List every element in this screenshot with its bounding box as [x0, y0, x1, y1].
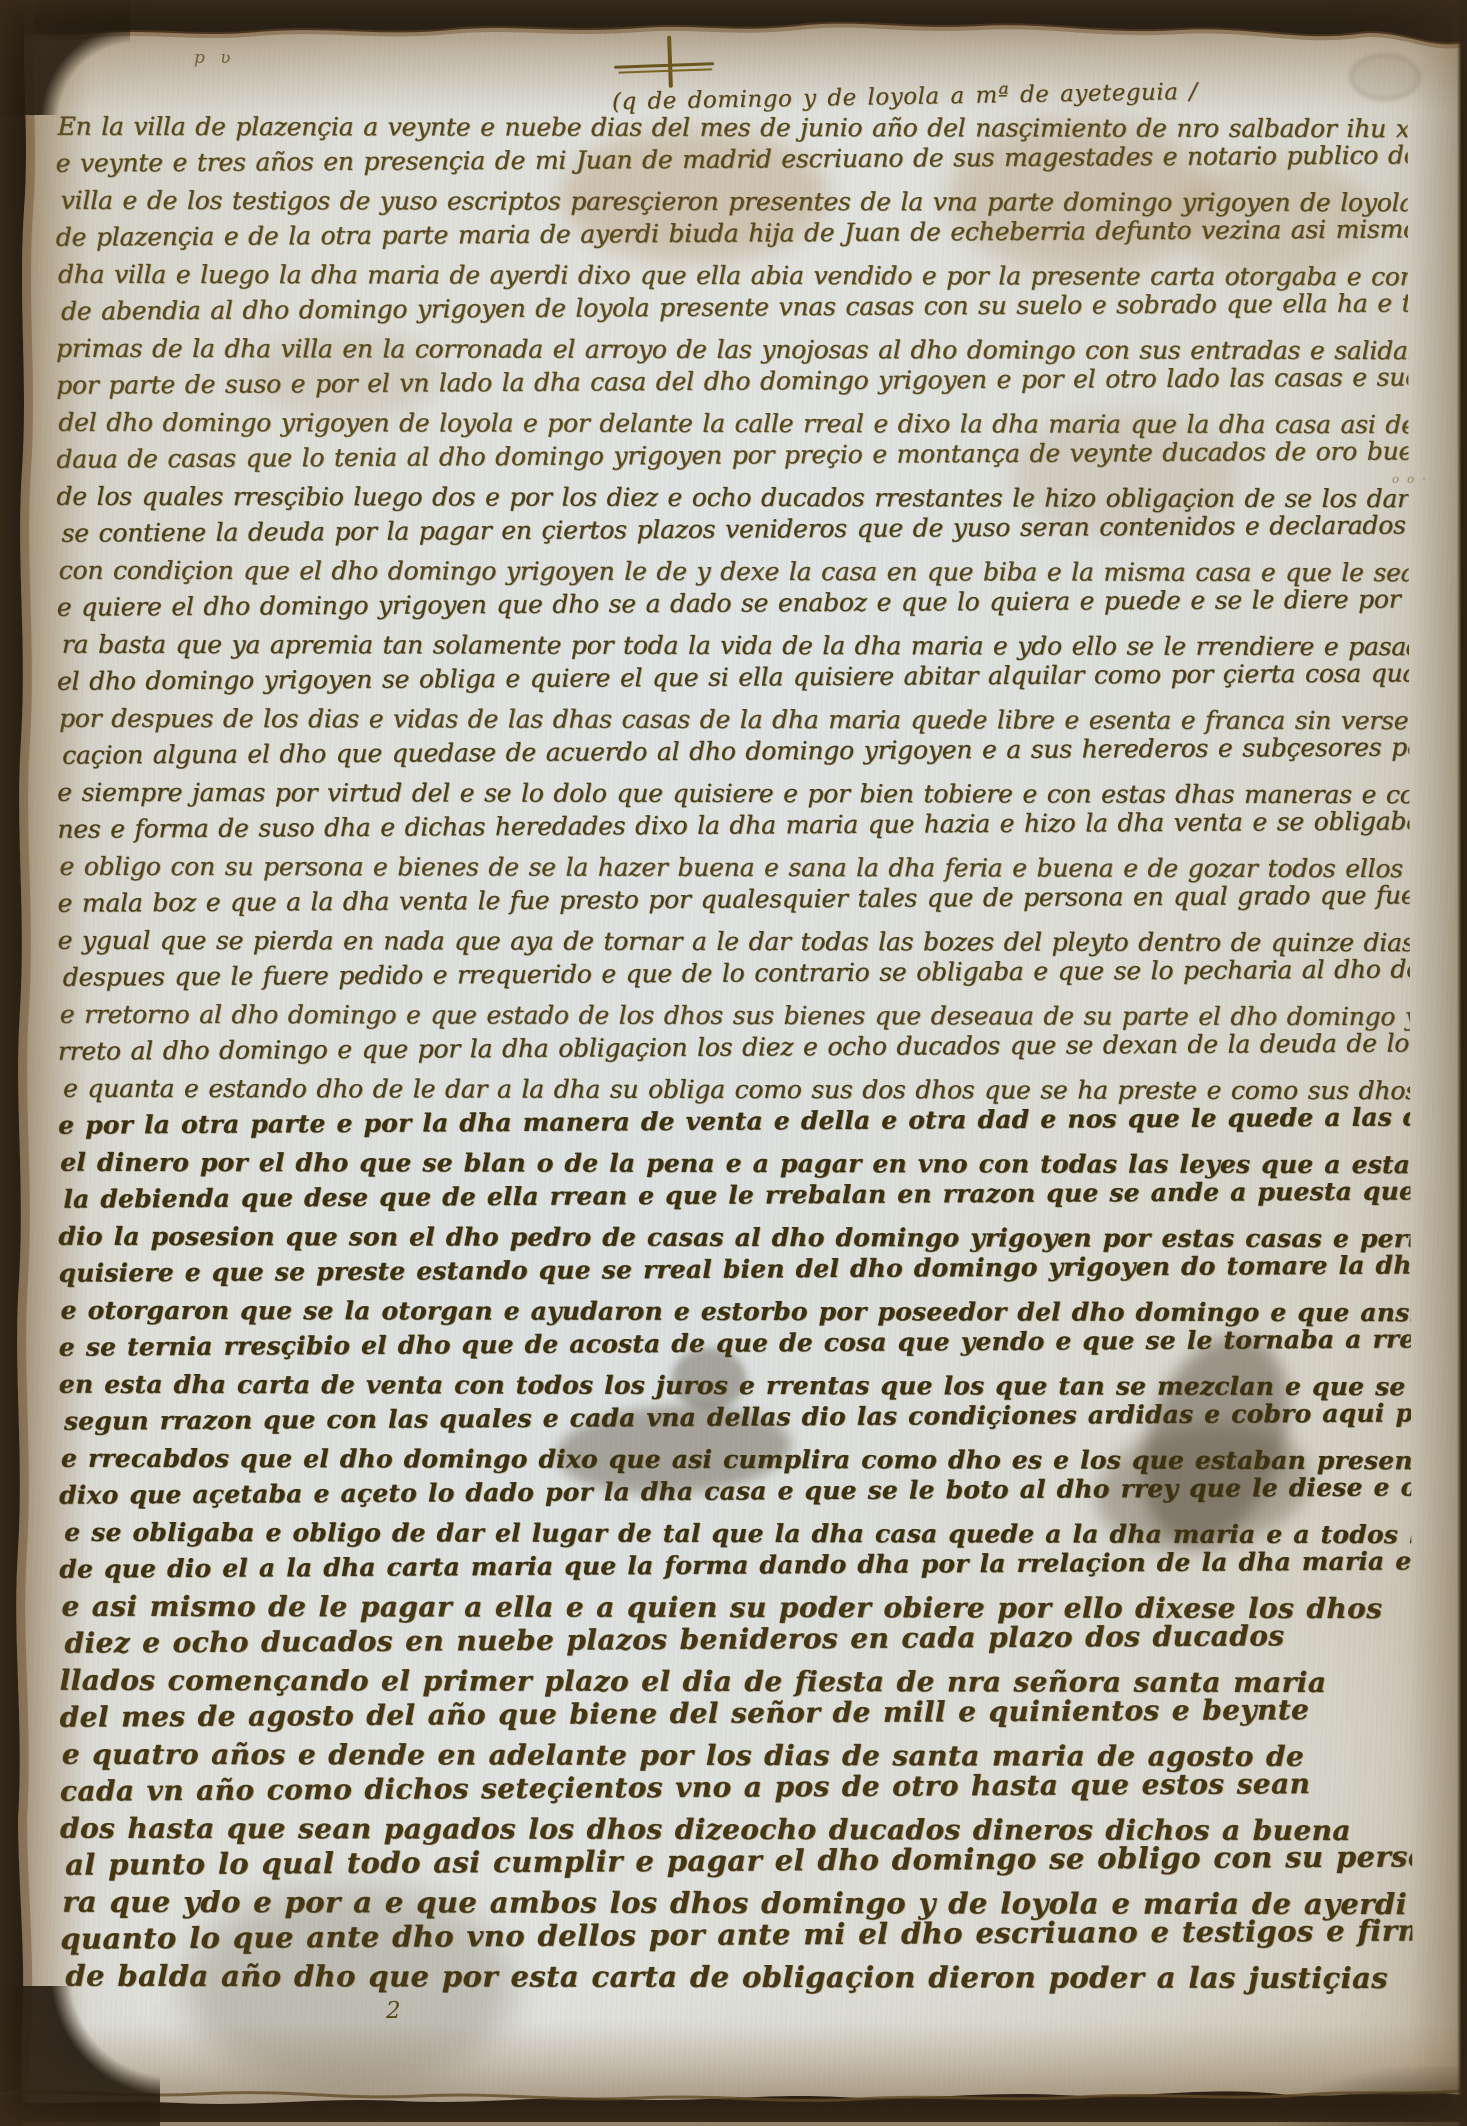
manuscript-photo: (q de domingo y de loyola a mª de ayeteg…: [0, 0, 1467, 2126]
aging-vignette: [0, 0, 1467, 2126]
